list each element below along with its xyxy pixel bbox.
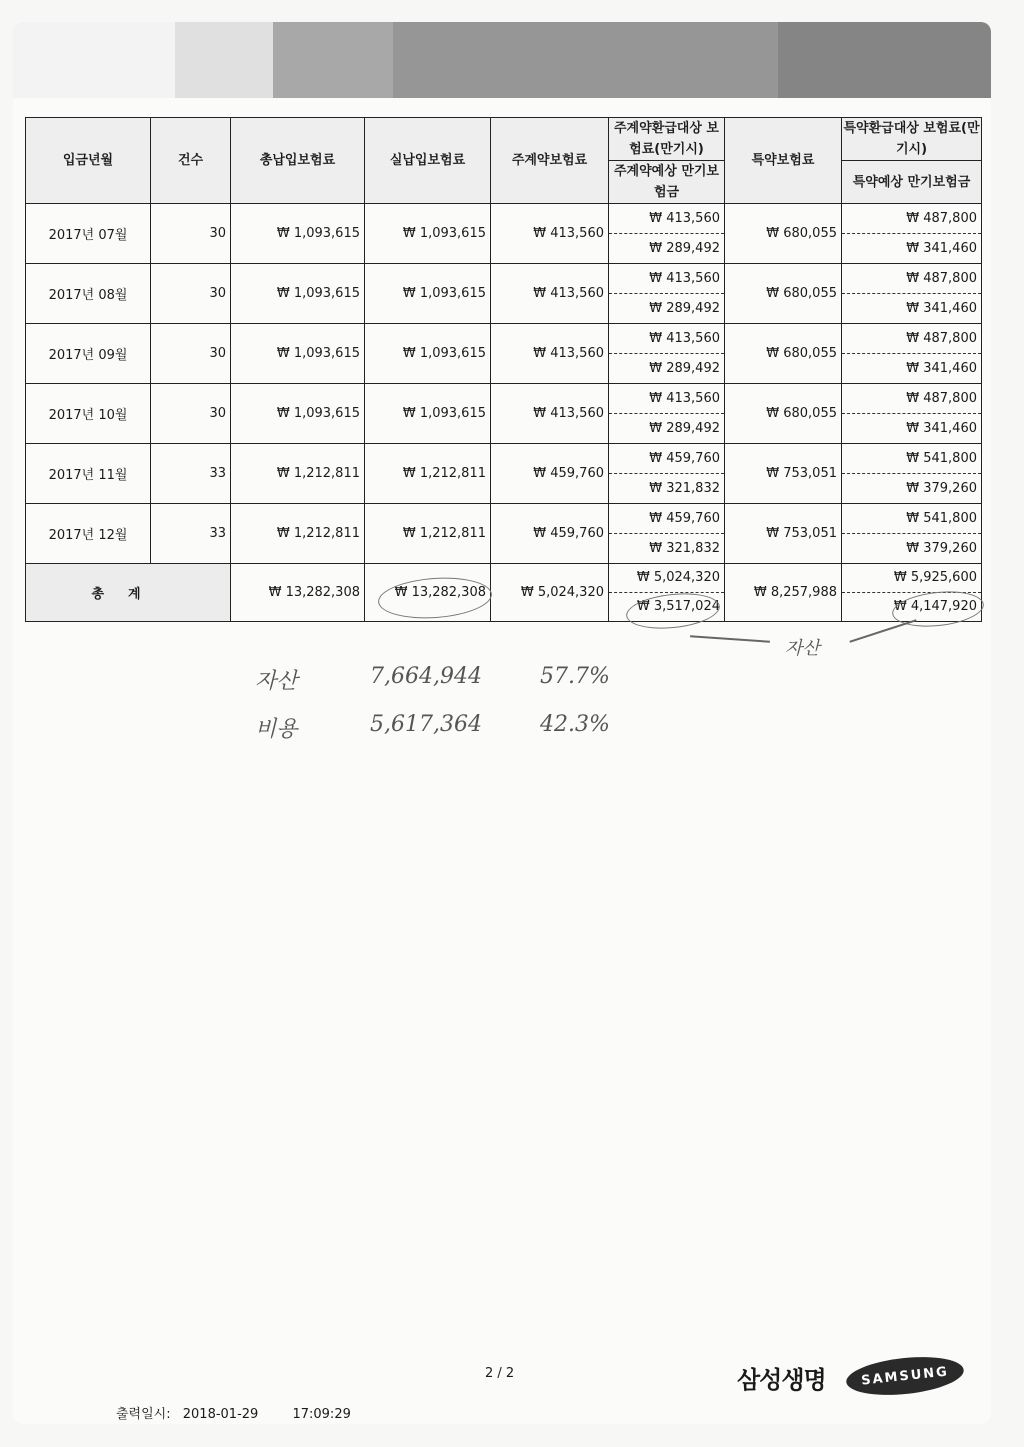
cell-main-maturity: ₩ 321,832: [609, 474, 724, 503]
total-rider-refund: ₩ 5,925,600: [842, 564, 981, 593]
cell-month: 2017년 09월: [26, 324, 151, 384]
cell-main-maturity: ₩ 321,832: [609, 534, 724, 563]
handwritten-row-2-percent: 42.3%: [540, 712, 610, 737]
handwritten-asset-label: 자산: [785, 634, 820, 660]
total-rider-premium: ₩ 8,257,988: [725, 564, 842, 622]
header-main-maturity: 주계약예상 만기보험금: [609, 161, 725, 204]
cell-rider-premium: ₩ 680,055: [725, 264, 842, 324]
cell-rider-refund: ₩ 487,800: [842, 264, 981, 294]
table-row: 2017년 09월 30 ₩ 1,093,615 ₩ 1,093,615 ₩ 4…: [26, 324, 982, 384]
cell-main-maturity: ₩ 289,492: [609, 234, 724, 263]
handwritten-row-2-label: 비용: [255, 712, 298, 743]
cell-rider-maturity: ₩ 341,460: [842, 354, 981, 383]
print-timestamp: 출력일시: 2018-01-29 17:09:29: [116, 1403, 359, 1422]
table-row: 2017년 08월 30 ₩ 1,093,615 ₩ 1,093,615 ₩ 4…: [26, 264, 982, 324]
cell-count: 33: [151, 444, 231, 504]
total-total-paid: ₩ 13,282,308: [231, 564, 365, 622]
cell-count: 30: [151, 324, 231, 384]
cell-month: 2017년 07월: [26, 204, 151, 264]
cell-rider-refund-split: ₩ 541,800 ₩ 379,260: [842, 504, 982, 564]
cell-rider-maturity: ₩ 341,460: [842, 234, 981, 263]
header-month: 입금년월: [26, 118, 151, 204]
cell-rider-premium: ₩ 753,051: [725, 444, 842, 504]
cell-main-refund-split: ₩ 413,560 ₩ 289,492: [609, 264, 725, 324]
cell-rider-refund-split: ₩ 487,800 ₩ 341,460: [842, 204, 982, 264]
cell-main-premium: ₩ 413,560: [491, 324, 609, 384]
header-rider-maturity: 특약예상 만기보험금: [842, 161, 982, 204]
header-count: 건수: [151, 118, 231, 204]
cell-month: 2017년 12월: [26, 504, 151, 564]
handwritten-row-1-label: 자산: [255, 664, 298, 695]
cell-count: 30: [151, 264, 231, 324]
header-rider-premium: 특약보험료: [725, 118, 842, 204]
cell-main-refund-split: ₩ 459,760 ₩ 321,832: [609, 444, 725, 504]
table-row: 2017년 11월 33 ₩ 1,212,811 ₩ 1,212,811 ₩ 4…: [26, 444, 982, 504]
cell-total-paid: ₩ 1,212,811: [231, 504, 365, 564]
cell-rider-premium: ₩ 680,055: [725, 324, 842, 384]
header-main-refund: 주계약환급대상 보험료(만기시): [609, 118, 725, 161]
cell-total-paid: ₩ 1,093,615: [231, 264, 365, 324]
handwritten-row-2-amount: 5,617,364: [370, 712, 482, 737]
cell-actual-paid: ₩ 1,093,615: [365, 324, 491, 384]
total-main-premium: ₩ 5,024,320: [491, 564, 609, 622]
cell-main-maturity: ₩ 289,492: [609, 354, 724, 383]
cell-main-refund: ₩ 413,560: [609, 324, 724, 354]
cell-main-refund: ₩ 459,760: [609, 444, 724, 474]
page-indicator: 2 / 2: [485, 1366, 514, 1381]
cell-rider-refund: ₩ 541,800: [842, 504, 981, 534]
cell-rider-maturity: ₩ 341,460: [842, 294, 981, 323]
cell-rider-refund-split: ₩ 487,800 ₩ 341,460: [842, 264, 982, 324]
cell-rider-premium: ₩ 680,055: [725, 204, 842, 264]
cell-main-refund: ₩ 413,560: [609, 264, 724, 294]
header-main-premium: 주계약보험료: [491, 118, 609, 204]
cell-main-premium: ₩ 413,560: [491, 204, 609, 264]
cell-actual-paid: ₩ 1,093,615: [365, 264, 491, 324]
print-time: 17:09:29: [292, 1407, 350, 1422]
cell-rider-premium: ₩ 680,055: [725, 384, 842, 444]
table-row: 2017년 12월 33 ₩ 1,212,811 ₩ 1,212,811 ₩ 4…: [26, 504, 982, 564]
cell-count: 30: [151, 384, 231, 444]
cell-main-refund: ₩ 413,560: [609, 384, 724, 414]
cell-main-premium: ₩ 459,760: [491, 504, 609, 564]
cell-rider-refund: ₩ 541,800: [842, 444, 981, 474]
cell-rider-refund-split: ₩ 487,800 ₩ 341,460: [842, 324, 982, 384]
total-main-refund: ₩ 5,024,320: [609, 564, 724, 593]
cell-month: 2017년 11월: [26, 444, 151, 504]
header-band: [13, 22, 991, 98]
cell-actual-paid: ₩ 1,212,811: [365, 504, 491, 564]
header-actual-paid: 실납입보험료: [365, 118, 491, 204]
cell-main-maturity: ₩ 289,492: [609, 414, 724, 443]
cell-main-premium: ₩ 413,560: [491, 264, 609, 324]
cell-main-refund-split: ₩ 413,560 ₩ 289,492: [609, 204, 725, 264]
cell-total-paid: ₩ 1,212,811: [231, 444, 365, 504]
cell-main-refund-split: ₩ 413,560 ₩ 289,492: [609, 324, 725, 384]
cell-rider-premium: ₩ 753,051: [725, 504, 842, 564]
cell-actual-paid: ₩ 1,093,615: [365, 384, 491, 444]
cell-main-refund: ₩ 459,760: [609, 504, 724, 534]
header-total-paid: 총납입보험료: [231, 118, 365, 204]
print-date: 2018-01-29: [183, 1407, 259, 1422]
cell-total-paid: ₩ 1,093,615: [231, 204, 365, 264]
header-rider-refund: 특약환급대상 보험료(만기시): [842, 118, 982, 161]
cell-main-refund-split: ₩ 459,760 ₩ 321,832: [609, 504, 725, 564]
cell-rider-refund: ₩ 487,800: [842, 204, 981, 234]
cell-rider-maturity: ₩ 341,460: [842, 414, 981, 443]
samsung-life-logo-text: 삼성생명: [737, 1360, 826, 1395]
cell-rider-refund-split: ₩ 541,800 ₩ 379,260: [842, 444, 982, 504]
handwritten-row-1-amount: 7,664,944: [370, 664, 482, 689]
cell-count: 33: [151, 504, 231, 564]
cell-main-refund: ₩ 413,560: [609, 204, 724, 234]
handwritten-row-1-percent: 57.7%: [540, 664, 610, 689]
total-label: 총계: [26, 564, 231, 622]
cell-actual-paid: ₩ 1,093,615: [365, 204, 491, 264]
table-total-row: 총계 ₩ 13,282,308 ₩ 13,282,308 ₩ 5,024,320…: [26, 564, 982, 622]
table-row: 2017년 10월 30 ₩ 1,093,615 ₩ 1,093,615 ₩ 4…: [26, 384, 982, 444]
cell-actual-paid: ₩ 1,212,811: [365, 444, 491, 504]
cell-month: 2017년 08월: [26, 264, 151, 324]
cell-rider-refund: ₩ 487,800: [842, 324, 981, 354]
print-label: 출력일시:: [116, 1407, 171, 1422]
cell-rider-maturity: ₩ 379,260: [842, 474, 981, 503]
cell-main-premium: ₩ 413,560: [491, 384, 609, 444]
cell-total-paid: ₩ 1,093,615: [231, 324, 365, 384]
cell-total-paid: ₩ 1,093,615: [231, 384, 365, 444]
cell-main-maturity: ₩ 289,492: [609, 294, 724, 323]
cell-main-refund-split: ₩ 413,560 ₩ 289,492: [609, 384, 725, 444]
cell-rider-maturity: ₩ 379,260: [842, 534, 981, 563]
cell-month: 2017년 10월: [26, 384, 151, 444]
table-row: 2017년 07월 30 ₩ 1,093,615 ₩ 1,093,615 ₩ 4…: [26, 204, 982, 264]
cell-rider-refund: ₩ 487,800: [842, 384, 981, 414]
cell-rider-refund-split: ₩ 487,800 ₩ 341,460: [842, 384, 982, 444]
premium-table: 입금년월 건수 총납입보험료 실납입보험료 주계약보험료 주계약환급대상 보험료…: [25, 117, 982, 622]
cell-main-premium: ₩ 459,760: [491, 444, 609, 504]
cell-count: 30: [151, 204, 231, 264]
